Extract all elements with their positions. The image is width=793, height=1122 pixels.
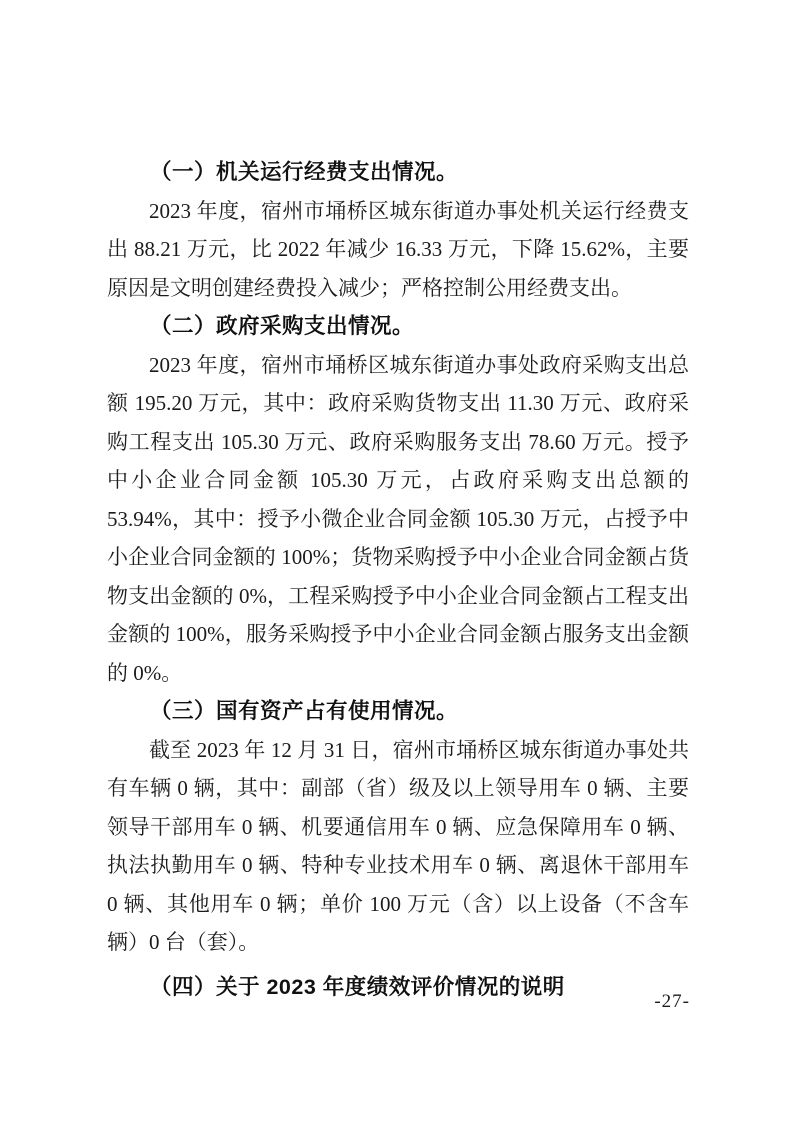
document-body: （一）机关运行经费支出情况。 2023 年度，宿州市埇桥区城东街道办事处机关运行… bbox=[107, 153, 689, 1006]
section-3-heading: （三）国有资产占有使用情况。 bbox=[107, 692, 689, 731]
section-2-heading: （二）政府采购支出情况。 bbox=[107, 307, 689, 346]
section-2-paragraph: 2023 年度，宿州市埇桥区城东街道办事处政府采购支出总额 195.20 万元，… bbox=[107, 346, 689, 693]
section-4-heading: （四）关于 2023 年度绩效评价情况的说明 bbox=[107, 968, 689, 1007]
page-number: -27- bbox=[654, 991, 690, 1013]
section-1-heading: （一）机关运行经费支出情况。 bbox=[107, 153, 689, 192]
section-1-paragraph: 2023 年度，宿州市埇桥区城东街道办事处机关运行经费支出 88.21 万元，比… bbox=[107, 192, 689, 308]
document-page: （一）机关运行经费支出情况。 2023 年度，宿州市埇桥区城东街道办事处机关运行… bbox=[0, 0, 793, 1122]
section-3-paragraph: 截至 2023 年 12 月 31 日，宿州市埇桥区城东街道办事处共有车辆 0 … bbox=[107, 731, 689, 962]
